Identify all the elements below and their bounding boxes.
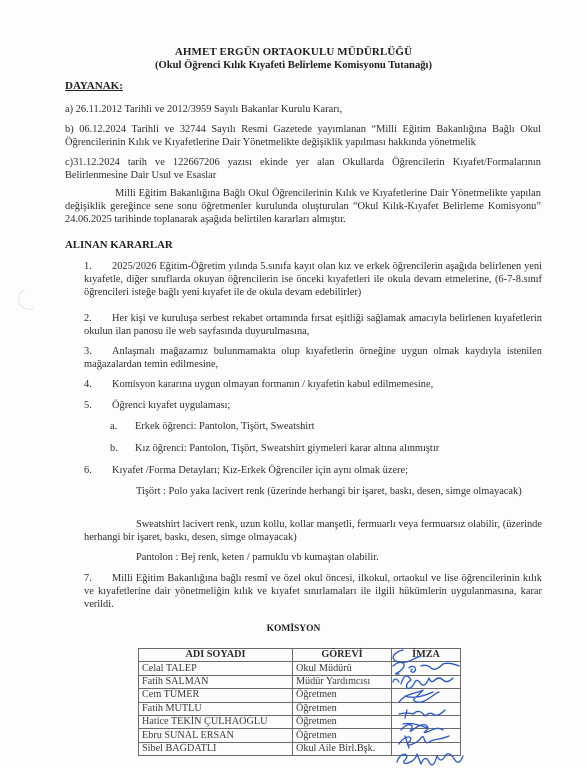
document-page: AHMET ERGÜN ORTAOKULU MÜDÜRLÜĞÜ (Okul Öğ… — [0, 0, 587, 768]
member-role: Öğretmen — [293, 715, 392, 728]
member-name: Fatih MUTLU — [139, 702, 293, 715]
table-row: Sibel BAĞDATLI Okul Aile Birl.Bşk. — [139, 742, 461, 755]
decision-item-3: 3.Anlaşmalı mağazamız bulunmamakta olup … — [84, 345, 542, 371]
decision-text: Öğrenci kıyafet uygulaması; — [112, 400, 230, 411]
decision-text: 2025/2026 Eğitim-Öğretim yılında 5.sınıf… — [84, 261, 542, 298]
decision-text: Her kişi ve kuruluşa serbest rekabet ort… — [84, 313, 542, 337]
detail-tshirt: Tişört : Polo yaka lacivert renk (üzerin… — [84, 485, 542, 498]
member-name: Sibel BAĞDATLI — [139, 742, 293, 755]
commission-table: ADI SOYADI GÖREVİ İMZA Celal TALEP Okul … — [138, 648, 461, 756]
kararlar-heading: ALINAN KARARLAR — [65, 239, 541, 252]
decision-number: 1. — [84, 260, 112, 273]
member-signature — [392, 662, 461, 675]
detail-trousers: Pantolon : Bej renk, keten / pamuklu vb … — [84, 551, 542, 564]
member-role: Okul Aile Birl.Bşk. — [293, 742, 392, 755]
member-name: Hatice TEKİN ÇULHAOĞLU — [139, 715, 293, 728]
table-header-row: ADI SOYADI GÖREVİ İMZA — [139, 649, 461, 662]
column-header-name: ADI SOYADI — [139, 649, 293, 662]
sub-item-text: Erkek öğrenci: Pantolon, Tişört, Sweatsh… — [135, 421, 315, 432]
member-signature — [392, 675, 461, 688]
decision-number: 4. — [84, 378, 112, 391]
decision-text: Kıyafet /Forma Detayları; Kız-Erkek Öğre… — [112, 465, 408, 476]
table-row: Fatih SALMAN Müdür Yardımcısı — [139, 675, 461, 688]
table-row: Hatice TEKİN ÇULHAOĞLU Öğretmen — [139, 715, 461, 728]
member-signature — [392, 715, 461, 728]
decision-item-4: 4.Komisyon kararına uygun olmayan forman… — [84, 378, 542, 391]
komisyon-heading: KOMİSYON — [0, 623, 587, 636]
document-header: AHMET ERGÜN ORTAOKULU MÜDÜRLÜĞÜ (Okul Öğ… — [0, 46, 587, 72]
table-row: Celal TALEP Okul Müdürü — [139, 662, 461, 675]
decision-item-2: 2.Her kişi ve kuruluşa serbest rekabet o… — [84, 312, 542, 338]
document-subtitle: (Okul Öğrenci Kılık Kıyafeti Belirleme K… — [0, 59, 587, 72]
table-row: Cem TÜMER Öğretmen — [139, 689, 461, 702]
decision-number: 3. — [84, 345, 112, 358]
decision-number: 5. — [84, 399, 112, 412]
member-role: Müdür Yardımcısı — [293, 675, 392, 688]
decision-number: 2. — [84, 312, 112, 325]
member-name: Cem TÜMER — [139, 689, 293, 702]
column-header-signature: İMZA — [392, 649, 461, 662]
member-role: Okul Müdürü — [293, 662, 392, 675]
decision-number: 7. — [84, 572, 112, 585]
dayanak-heading: DAYANAK: — [65, 80, 541, 93]
member-signature — [392, 729, 461, 742]
decision-text: Komisyon kararına uygun olmayan formanın… — [112, 379, 433, 390]
member-signature — [392, 742, 461, 755]
sub-item-label: b. — [110, 442, 135, 455]
member-role: Öğretmen — [293, 689, 392, 702]
sub-item-text: Kız öğrenci: Pantolon, Tişört, Sweatshir… — [135, 443, 439, 454]
decision-number: 6. — [84, 464, 112, 477]
sub-item-label: a. — [110, 420, 135, 433]
sub-item-a: a.Erkek öğrenci: Pantolon, Tişört, Sweat… — [110, 420, 540, 433]
member-name: Fatih SALMAN — [139, 675, 293, 688]
dayanak-item-b: b) 06.12.2024 Tarihli ve 32744 Sayılı Re… — [65, 123, 541, 149]
member-name: Ebru SUNAL ERSAN — [139, 729, 293, 742]
institution-title: AHMET ERGÜN ORTAOKULU MÜDÜRLÜĞÜ — [0, 46, 587, 59]
dayanak-item-c: c)31.12.2024 tarih ve 122667206 yazısı e… — [65, 156, 541, 182]
scan-artifact — [15, 285, 43, 313]
decision-item-6: 6.Kıyafet /Forma Detayları; Kız-Erkek Öğ… — [84, 464, 542, 477]
detail-sweatshirt: Sweatshirt lacivert renk, uzun kollu, ko… — [84, 518, 542, 544]
decision-item-1: 1.2025/2026 Eğitim-Öğretim yılında 5.sın… — [84, 260, 542, 299]
table-row: Ebru SUNAL ERSAN Öğretmen — [139, 729, 461, 742]
dayanak-item-a: a) 26.11.2012 Tarihli ve 2012/3959 Sayıl… — [65, 103, 541, 116]
decision-text: Anlaşmalı mağazamız bulunmamakta olup kı… — [84, 346, 542, 370]
column-header-role: GÖREVİ — [293, 649, 392, 662]
member-name: Celal TALEP — [139, 662, 293, 675]
decision-item-5: 5.Öğrenci kıyafet uygulaması; — [84, 399, 542, 412]
intro-paragraph: Milli Eğitim Bakanlığına Bağlı Okul Öğre… — [65, 187, 541, 226]
member-signature — [392, 702, 461, 715]
member-role: Öğretmen — [293, 702, 392, 715]
decision-item-7: 7.Milli Eğitim Bakanlığına bağlı resmî v… — [84, 572, 542, 611]
decision-text: Milli Eğitim Bakanlığına bağlı resmî ve … — [84, 573, 542, 610]
table-row: Fatih MUTLU Öğretmen — [139, 702, 461, 715]
member-signature — [392, 689, 461, 702]
sub-item-b: b.Kız öğrenci: Pantolon, Tişört, Sweatsh… — [110, 442, 540, 455]
member-role: Öğretmen — [293, 729, 392, 742]
